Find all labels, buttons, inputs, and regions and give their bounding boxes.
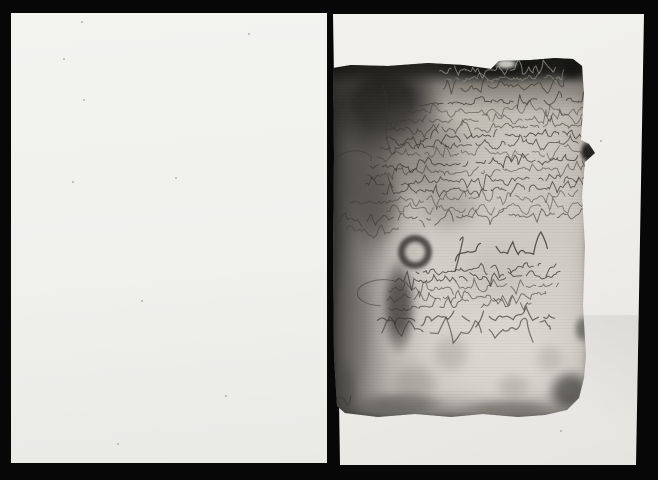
paper-speck (600, 140, 602, 142)
ink-stroke (334, 150, 371, 162)
ink-line (382, 176, 586, 199)
ink-line (383, 114, 582, 139)
ink-line (347, 224, 399, 239)
ink-line (443, 76, 567, 96)
ink-line (392, 267, 561, 291)
archive-scan (0, 0, 658, 480)
ink-line (376, 140, 588, 165)
paper-speck (117, 443, 119, 445)
paper-speck (72, 181, 74, 183)
paper-speck (225, 395, 227, 397)
blank-left-page (11, 13, 327, 463)
ink-stroke (357, 279, 392, 306)
ink-stroke (383, 86, 390, 148)
ink-line (419, 91, 584, 112)
ink-line (333, 91, 359, 103)
paper-speck (63, 58, 65, 60)
paper-speck (141, 300, 143, 302)
paper-speck (81, 21, 83, 23)
ink-line (350, 186, 588, 210)
paper-speck (83, 99, 85, 101)
ink-line (386, 197, 585, 219)
paper-speck (248, 33, 250, 35)
manuscript-page (333, 56, 595, 422)
handwriting-layer (333, 56, 595, 422)
paper-speck (560, 430, 562, 432)
ink-line (339, 396, 351, 406)
ink-stroke (454, 237, 464, 271)
ink-line (446, 70, 564, 85)
ink-line (455, 232, 548, 261)
ink-line (365, 169, 584, 193)
paper-speck (175, 177, 177, 179)
